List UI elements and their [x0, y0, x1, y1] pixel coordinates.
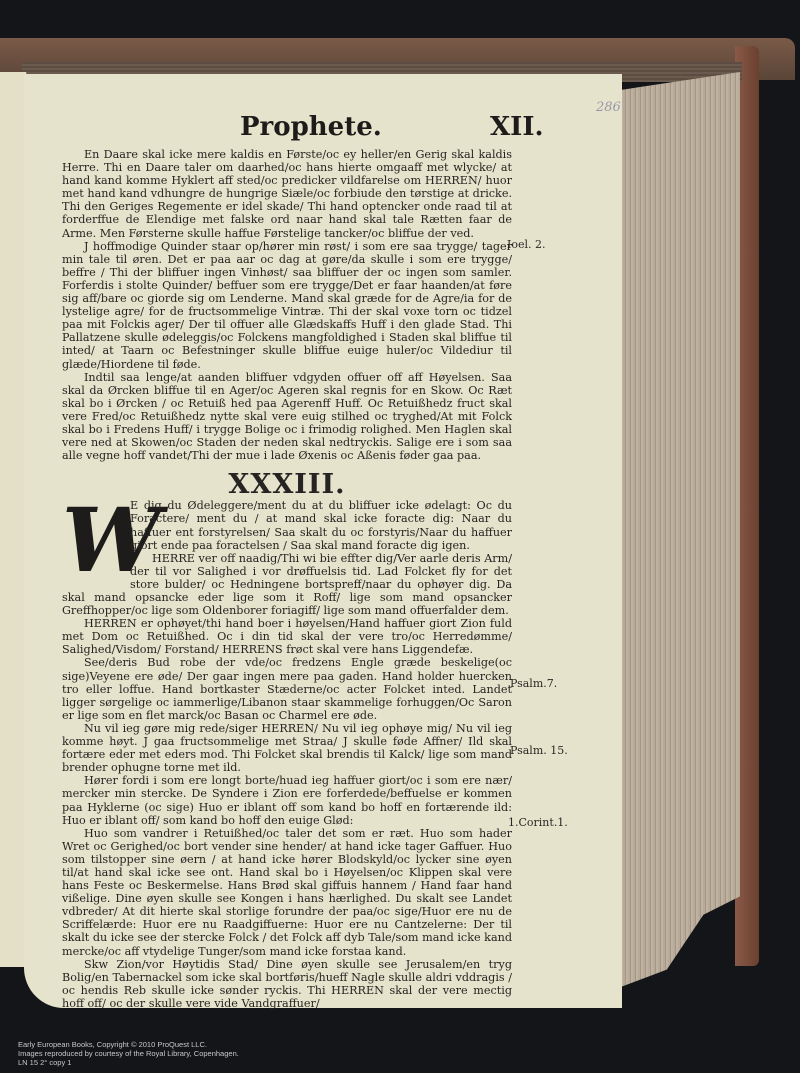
paragraph: HERREN er ophøyet/thi hand boer i høyels…: [62, 617, 512, 656]
footer-line: LN 15 2° copy 1: [18, 1058, 239, 1067]
page-fore-edge: [618, 72, 740, 988]
paragraph: Indtil saa lenge/at aanden bliffuer vdgy…: [62, 371, 512, 463]
paragraph: Huo som vandrer i Retuißhed/oc taler det…: [62, 827, 512, 958]
running-head: Prophete.: [240, 112, 382, 142]
footer-line: Early European Books, Copyright © 2010 P…: [18, 1040, 239, 1049]
main-text-column: En Daare skal icke mere kaldis en Første…: [62, 148, 512, 1010]
paragraph: Hører fordi i som ere longt borte/huad i…: [62, 774, 512, 826]
folio-number: 286: [596, 100, 621, 115]
margin-note-ioel: Ioel. 2.: [507, 238, 545, 251]
paragraph: Nu vil ieg gøre mig rede/siger HERREN/ N…: [62, 722, 512, 774]
copyright-footer: Early European Books, Copyright © 2010 P…: [18, 1040, 239, 1067]
margin-note-psalm-7: Psalm.7.: [510, 677, 557, 690]
margin-note-psalm-15: Psalm. 15.: [510, 744, 568, 757]
chapter-number: XII.: [490, 112, 544, 142]
decorated-initial: W: [62, 499, 124, 587]
margin-note-corinthians: 1.Corint.1.: [508, 816, 568, 829]
left-page-sliver: [0, 72, 27, 967]
paragraph: E dig du Ødeleggere/ment du at du bliffu…: [62, 499, 512, 551]
paragraph: Skw Zion/vor Høytidis Stad/ Dine øyen sk…: [62, 958, 512, 1010]
paragraph: See/deris Bud robe der vde/oc fredzens E…: [62, 656, 512, 721]
footer-line: Images reproduced by courtesy of the Roy…: [18, 1049, 239, 1058]
paragraph: En Daare skal icke mere kaldis en Første…: [62, 148, 512, 240]
paragraph: J hoffmodige Quinder staar op/hører min …: [62, 240, 512, 371]
